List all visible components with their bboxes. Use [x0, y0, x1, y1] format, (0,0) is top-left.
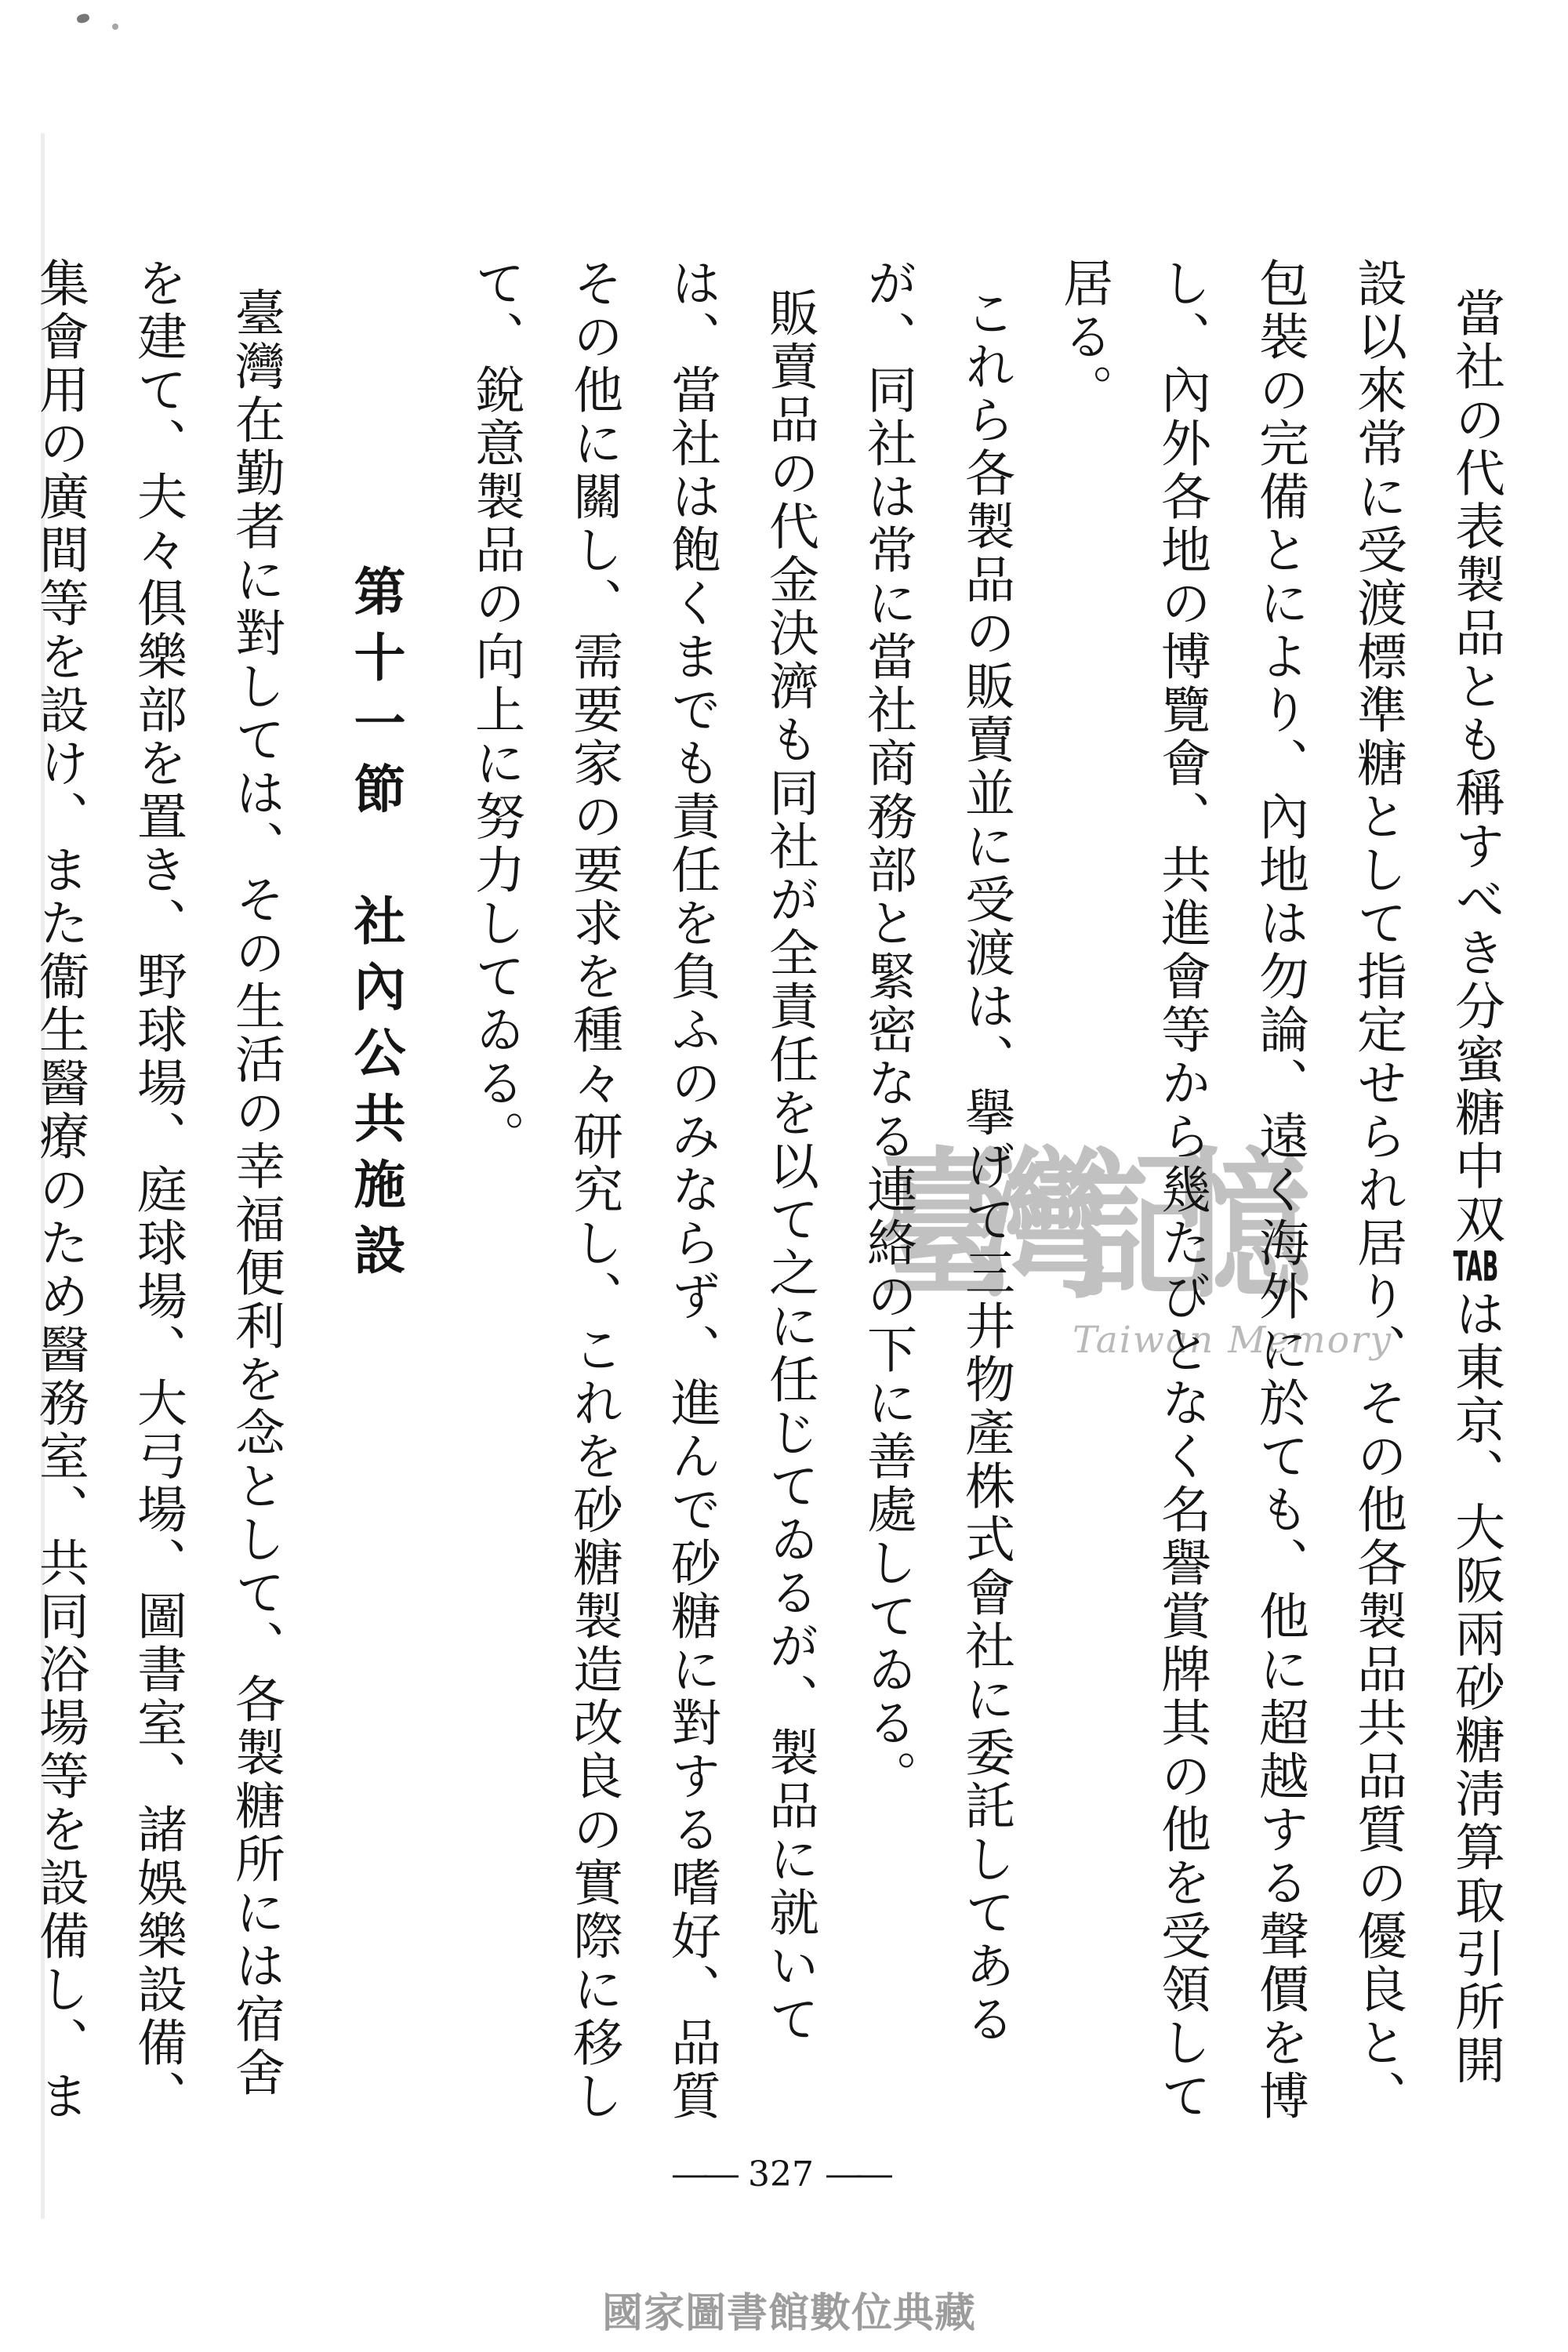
page-number: ―― 327 ――	[673, 2154, 889, 2194]
national-library-watermark: 國家圖書館數位典藏	[602, 2280, 976, 2339]
page-number-left-dash: ――	[673, 2154, 735, 2194]
page-text-block: 當社の代表製品とも稱すべき分蜜糖中双TABは東京、大阪兩砂糖淸算取引所開設以來常…	[0, 257, 1525, 2139]
section-heading: 第十一節 社內公共施設	[326, 257, 424, 2139]
paragraph-3: 販賣品の代金決濟も同社が全責任を以て之に任じてゐるが、製品に就いては、當社は飽く…	[446, 257, 838, 2139]
page-number-right-dash: ――	[826, 2154, 889, 2194]
scanned-book-page: 臺灣記憶 Taiwan Memory 當社の代表製品とも稱すべき分蜜糖中双TAB…	[0, 0, 1568, 2352]
page-number-value: 327	[748, 2154, 814, 2194]
tab-brand-inline: TAB	[1452, 1247, 1500, 1287]
ink-speck	[76, 13, 90, 24]
paragraph-4: 臺灣在勤者に對しては、その生活の幸福便利を念として、各製糖所には宿舍を建て、夫々…	[0, 257, 304, 2139]
ink-speck	[112, 24, 118, 30]
paragraph-2: これら各製品の販賣並に受渡は、擧げて三井物產株式會社に委託してあるが、同社は常に…	[838, 257, 1034, 2139]
paragraph-1: 當社の代表製品とも稱すべき分蜜糖中双TABは東京、大阪兩砂糖淸算取引所開設以來常…	[1034, 257, 1525, 2139]
paragraph-1-lead: 當社の代表製品とも稱すべき分蜜糖中双	[1446, 287, 1504, 1247]
paragraph-1-rest: は東京、大阪兩砂糖淸算取引所開設以來常に受渡標準糖として指定せられ居り、その他各…	[1054, 257, 1504, 2123]
